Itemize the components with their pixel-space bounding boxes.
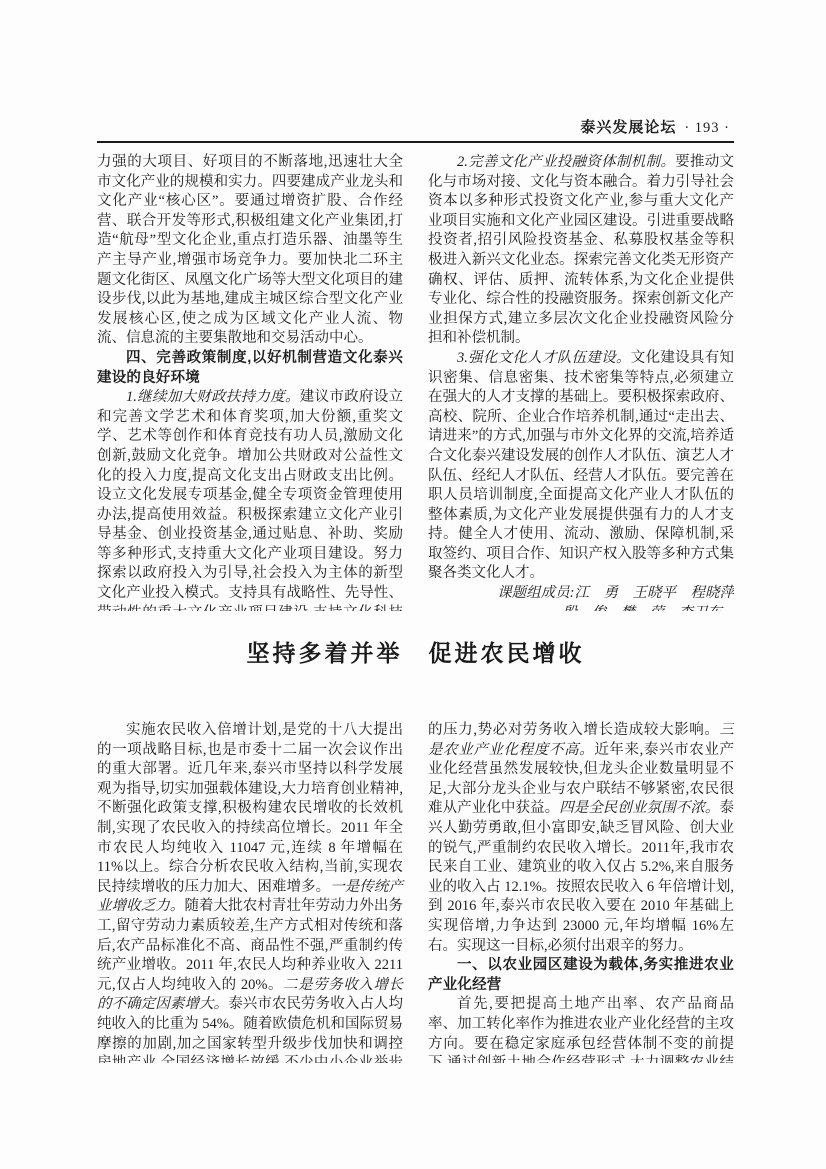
header-rule: [97, 141, 734, 143]
article-1-left-column: 力强的大项目、好项目的不断落地,迅速壮大全市文化产业的规模和实力。四要建成产业龙…: [97, 153, 403, 611]
article-1-body: 力强的大项目、好项目的不断落地,迅速壮大全市文化产业的规模和实力。四要建成产业龙…: [97, 153, 734, 611]
article-2-body: 实施农民收入倍增计划,是党的十八大提出的一项战略目标,也是市委十二届一次会议作出…: [97, 721, 734, 1063]
lead-sentence: 3.强化文化人才队伍建设。: [457, 350, 631, 366]
paragraph-continuation: 的压力,势必对劳务收入增长造成较大影响。三是农业产业化程度不高。近年来,泰兴市农…: [428, 721, 734, 956]
paragraph-first: 首先,要把提高土地产出率、农产品商品率、加工转化率作为推进农业产业化经营的主攻方…: [428, 995, 734, 1063]
authors-line-2: 殷 俊 樊 荣 李卫东: [428, 604, 734, 611]
paragraph-text: 泰兴人勤劳勇敢,但小富即安,缺乏冒风险、创大业的锐气,严重制约农民收入增长。20…: [428, 800, 734, 953]
paragraph-continuation: 力强的大项目、好项目的不断落地,迅速壮大全市文化产业的规模和实力。四要建成产业龙…: [97, 153, 403, 349]
page-header: 泰兴发展论坛 · 193 ·: [97, 116, 734, 141]
paragraph-item-3: 3.强化文化人才队伍建设。文化建设具有知识密集、信息密集、技术密集等特点,必须建…: [428, 349, 734, 584]
page-content: 泰兴发展论坛 · 193 · 力强的大项目、好项目的不断落地,迅速壮大全市文化产…: [97, 116, 734, 1063]
lead-sentence: 2.完善文化产业投融资体制机制。: [457, 154, 675, 170]
article-2-right-column: 的压力,势必对劳务收入增长造成较大影响。三是农业产业化程度不高。近年来,泰兴市农…: [428, 721, 734, 1063]
article-2-left-column: 实施农民收入倍增计划,是党的十八大提出的一项战略目标,也是市委十二届一次会议作出…: [97, 721, 403, 1063]
paragraph-text: 要推动文化与市场对接、文化与资本融合。着力引导社会资本以多种形式投资文化产业,参…: [428, 154, 734, 346]
section-heading-1: 一、以农业园区建设为载体,务实推进农业产业化经营: [428, 956, 734, 995]
authors-line-1: 课题组成员:江 勇 王晓平 程晓萍: [428, 584, 734, 604]
paragraph-intro: 实施农民收入倍增计划,是党的十八大提出的一项战略目标,也是市委十二届一次会议作出…: [97, 721, 403, 1063]
article-2-title: 坚持多着并举 促进农民增收: [97, 637, 734, 669]
paragraph-text: 的压力,势必对劳务收入增长造成较大影响。: [428, 722, 720, 738]
journal-title: 泰兴发展论坛: [580, 116, 676, 137]
paragraph-item-1: 1.继续加大财政扶持力度。建议市政府设立和完善文学艺术和体育奖项,加大份额,重奖…: [97, 388, 403, 611]
lead-sentence: 1.继续加大财政扶持力度。: [126, 389, 300, 405]
emphasis-point-4: 四是全民创业氛围不浓。: [559, 800, 719, 816]
paragraph-text: 文化建设具有知识密集、信息密集、技术密集等特点,必须建立在强大的人才支撑的基础上…: [428, 350, 734, 582]
journal-page: 泰兴发展论坛 · 193 · 力强的大项目、好项目的不断落地,迅速壮大全市文化产…: [0, 0, 826, 1169]
paragraph-text: 实施农民收入倍增计划,是党的十八大提出的一项战略目标,也是市委十二届一次会议作出…: [97, 722, 403, 895]
paragraph-text: 建议市政府设立和完善文学艺术和体育奖项,加大份额,重奖文学、艺术等创作和体育竞技…: [97, 389, 403, 611]
section-heading-4: 四、完善政策制度,以好机制营造文化泰兴建设的良好环境: [97, 349, 403, 388]
paragraph-item-2: 2.完善文化产业投融资体制机制。要推动文化与市场对接、文化与资本融合。着力引导社…: [428, 153, 734, 349]
page-number: · 193 ·: [684, 120, 730, 137]
article-1-right-column: 2.完善文化产业投融资体制机制。要推动文化与市场对接、文化与资本融合。着力引导社…: [428, 153, 734, 611]
